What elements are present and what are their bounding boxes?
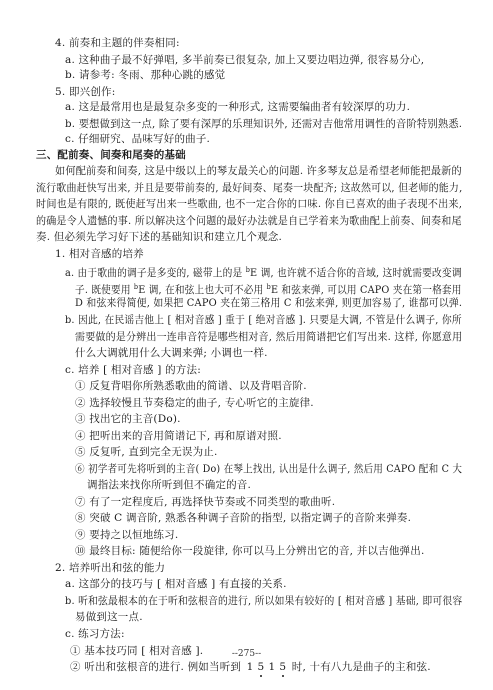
- text-line: ⑥ 初学者可先将听到的主音( Do) 在琴上找出, 认出是什么调子, 然后用 C…: [75, 462, 462, 476]
- text-line: 4. 前奏和主题的伴奏相同:: [55, 36, 180, 50]
- text-line: ③ 找出它的主音(Do).: [75, 412, 181, 426]
- text-segment: E 调, 也许就不适合你的音域, 这时就需要改变调: [250, 267, 462, 279]
- text-line: b. 请参考: 冬雨、那种心跳的感觉: [65, 68, 225, 82]
- text-line-notation: ② 听出和弦根音的进行. 例如当听到 1515 时, 十有八九是曲子的主和弦.: [70, 660, 431, 674]
- text-line: ⑧ 突破 C 调音阶, 熟悉各种调子音阶的指型, 以指定调子的音阶来弹奏.: [75, 511, 411, 525]
- scanned-book-page: 4. 前奏和主题的伴奏相同:a. 这种曲子最不好弹唱, 多半前奏已很复杂, 加上…: [0, 0, 493, 690]
- text-line: ⑤ 反复听, 直到完全无误为止.: [75, 445, 218, 459]
- text-segment: E 和弦来弹, 可以用 CAPO 夹在第一格套用: [271, 284, 462, 296]
- note: 1: [268, 661, 275, 673]
- text-line: c. 仔细研究、品味写好的曲子.: [65, 132, 210, 146]
- text-line: 如何配前奏和间奏, 这是中级以上的琴友最关心的问题. 许多琴友总是希望老师能把最…: [55, 164, 462, 178]
- text-line-flat-e: a. 由于歌曲的调子是多变的, 磁带上的是 bE 调, 也许就不适合你的音域, …: [65, 263, 462, 280]
- text-line: 需要做的是分辨出一连串音符是哪些相对音, 然后用简谱把它们写出来. 这样, 你愿…: [75, 330, 462, 344]
- text-line: b. 因此, 在民谣吉他上 [ 相对音感 ] 重于 [ 绝对音感 ]. 只要是大…: [65, 313, 462, 327]
- text-line: 1. 相对音感的培养: [55, 247, 144, 261]
- note: 1: [247, 661, 254, 673]
- text-segment: ② 听出和弦根音的进行. 例如当听到: [70, 661, 245, 673]
- text-line: 三、配前奏、间奏和尾奏的基础: [36, 148, 186, 162]
- text-line: 调指法来找你所听到但不确定的音.: [87, 478, 251, 492]
- text-line: c. 培养 [ 相对音感 ] 的方法:: [65, 363, 201, 377]
- text-line: 奏. 但必须先学习好下述的基础知识和建立几个观念.: [36, 230, 282, 244]
- text-line: ⑦ 有了一定程度后, 再选择快节奏或不同类型的歌曲听.: [75, 495, 335, 509]
- text-line: ⑨ 要持之以恒地练习.: [75, 528, 178, 542]
- page-number: --275--: [0, 649, 493, 659]
- text-line: 流行歌曲赶快写出来, 并且是要带前奏的, 最好间奏、尾奏一块配齐; 这故然可以,…: [36, 181, 462, 195]
- text-line: ④ 把听出来的音用简谱记下, 再和原谱对照.: [75, 429, 282, 443]
- text-line: 时间也是有限的, 既使赶写出来一些歌曲, 也不一定合你的口味. 你自已喜欢的曲子…: [36, 197, 462, 211]
- text-line: 的确是令人遗憾的事. 所以解决这个问题的最好办法就是自已学着来为歌曲配上前奏、间…: [36, 214, 462, 228]
- text-line: 什么大调就用什么大调来弹; 小调也一样.: [75, 346, 268, 360]
- text-segment: a. 由于歌曲的调子是多变的, 磁带上的是: [65, 267, 246, 279]
- text-line: a. 这是最常用也是最复杂多变的一种形式, 这需要编曲者有较深厚的功力.: [65, 100, 410, 114]
- text-segment: 时, 十有八九是曲子的主和弦.: [288, 661, 431, 673]
- text-segment: 子. 既使要用: [75, 284, 134, 296]
- text-line: b. 要想做到这一点, 除了要有深厚的乐理知识外, 还需对吉他常用调性的音阶特别…: [65, 117, 462, 131]
- text-line: ① 反复背唱你所熟悉歌曲的简谱、以及背唱音阶.: [75, 379, 307, 393]
- text-line-flat-e: 子. 既使要用 bE 调, 在和弦上也大可不必用 bE 和弦来弹, 可以用 CA…: [75, 280, 462, 297]
- text-line: D 和弦来得简便, 如果把 CAPO 夹在第三格用 C 和弦来弹, 则更加容易了…: [75, 296, 462, 310]
- text-line: ⑩ 最终目标: 随便给你一段旋律, 你可以马上分辨出它的音, 并以吉他弹出.: [75, 544, 425, 558]
- text-line: 2. 培养听出和弦的能力: [55, 561, 165, 575]
- text-line: ② 选择较慢且节奏稳定的曲子, 专心听它的主旋律.: [75, 396, 314, 410]
- text-line: a. 这种曲子最不好弹唱, 多半前奏已很复杂, 加上又要边唱边弹, 很容易分心,: [65, 53, 424, 67]
- text-line: 5. 即兴创作:: [55, 85, 116, 99]
- text-line: 易做到这一点.: [75, 610, 143, 624]
- note-low-octave: 5: [258, 660, 265, 674]
- text-line: c. 练习方法:: [65, 627, 125, 641]
- text-segment: E 调, 在和弦上也大可不必用: [138, 284, 266, 296]
- text-line: b. 听和弦最根本的在于听和弦根音的进行, 所以如果有较好的 [ 相对音感 ] …: [65, 594, 462, 608]
- note-low-octave: 5: [279, 660, 286, 674]
- text-line: a. 这部分的技巧与 [ 相对音感 ] 有直接的关系.: [65, 577, 287, 591]
